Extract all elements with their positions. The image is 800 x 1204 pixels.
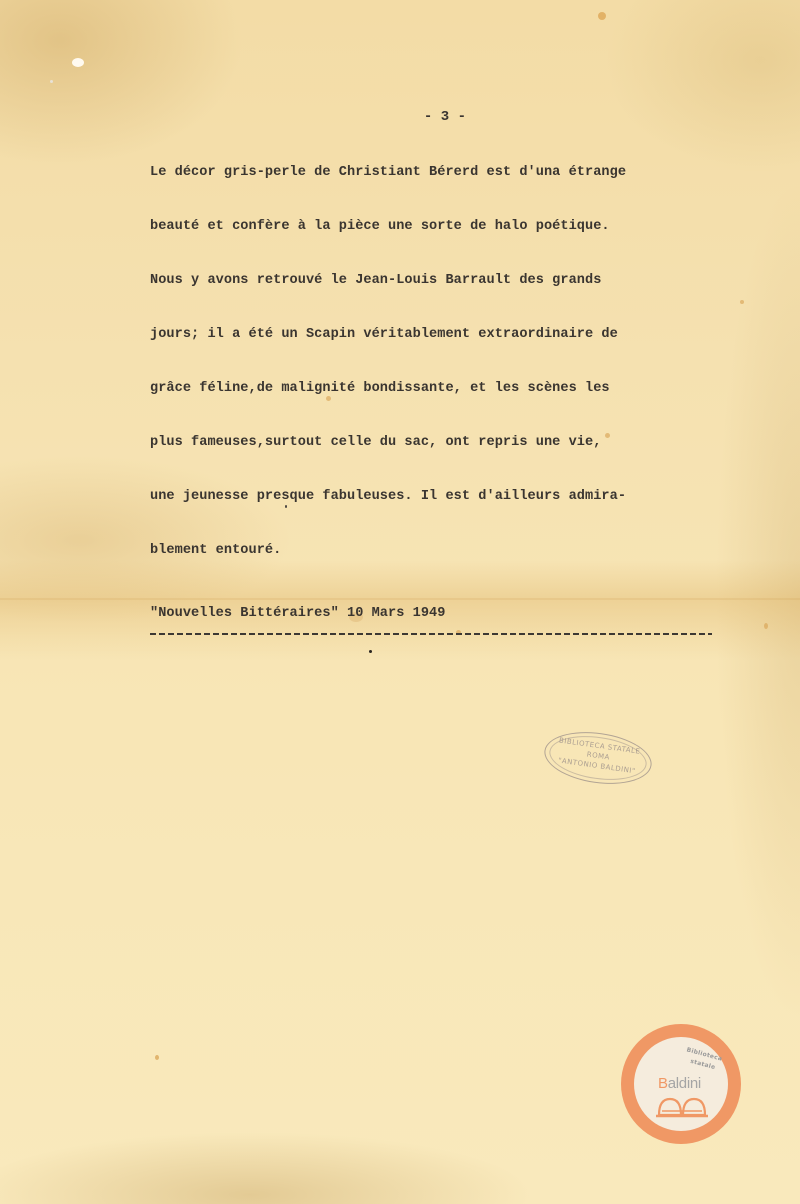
open-book-icon: [656, 1095, 708, 1119]
paragraph-line: plus fameuses,surtout celle du sac, ont …: [150, 434, 730, 452]
paragraph-line: blement entouré.: [150, 542, 730, 560]
typewritten-text-block: - 3 - Le décor gris-perle de Christiant …: [150, 108, 730, 635]
stamp-inner-ring: [547, 730, 650, 785]
library-stamp: BIBLIOTECA STATALE ROMA "ANTONIO BALDINI…: [541, 726, 655, 791]
baldini-library-logo: Biblioteca statale Baldini: [621, 1024, 741, 1144]
source-citation: "Nouvelles Bittéraires" 10 Mars 1949: [150, 605, 730, 623]
paragraph-line: Le décor gris-perle de Christiant Bérerd…: [150, 164, 730, 182]
logo-wordmark: Baldini: [658, 1075, 701, 1092]
paper-stain: [764, 623, 768, 629]
page-number: - 3 -: [150, 108, 730, 126]
logo-initial: B: [658, 1075, 668, 1092]
dashed-separator: [150, 633, 712, 635]
paragraph-line: une jeunesse presque fabuleuses. Il est …: [150, 488, 730, 506]
paragraph-line: beauté et confère à la pièce une sorte d…: [150, 218, 730, 236]
logo-name-rest: aldini: [668, 1075, 701, 1092]
paper-speck: [50, 80, 53, 83]
paper-stain: [155, 1055, 159, 1060]
paragraph-line: jours; il a été un Scapin véritablement …: [150, 326, 730, 344]
scanned-page: - 3 - Le décor gris-perle de Christiant …: [0, 0, 800, 1204]
logo-inner-circle: Biblioteca statale Baldini: [634, 1037, 728, 1131]
paragraph-line: grâce féline,de malignité bondissante, e…: [150, 380, 730, 398]
paper-hole: [72, 58, 84, 67]
paragraph-line: Nous y avons retrouvé le Jean-Louis Barr…: [150, 272, 730, 290]
paper-speck: [369, 650, 372, 653]
body-paragraph: Le décor gris-perle de Christiant Bérerd…: [150, 128, 730, 596]
paper-stain: [740, 300, 744, 304]
paper-stain: [598, 12, 606, 20]
